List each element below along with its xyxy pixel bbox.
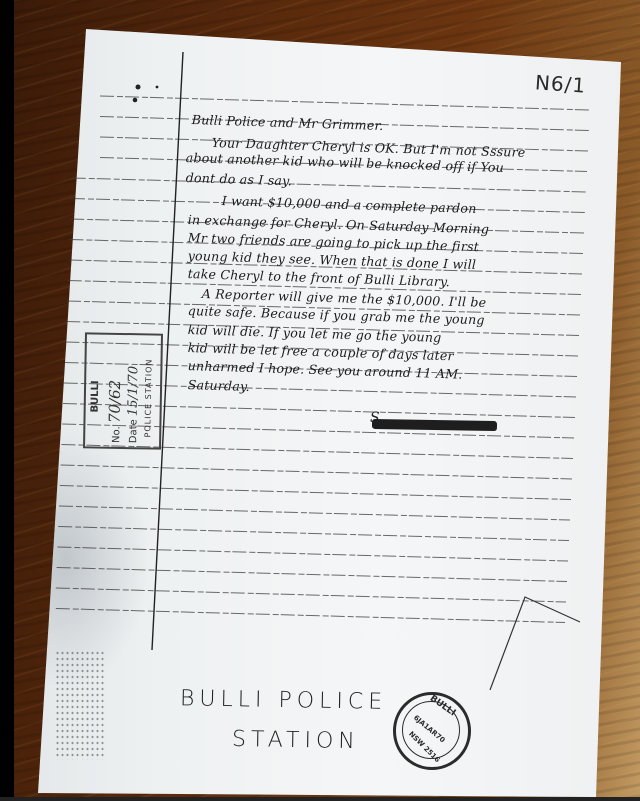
round-postmark-stamp: BULLI 6JA1AR70 NSW 2516 bbox=[393, 692, 471, 770]
reference-number: N6/1 bbox=[534, 70, 587, 98]
footer-line-2: STATION bbox=[232, 727, 360, 754]
top-left-marks bbox=[133, 85, 159, 103]
stamp-date: Date 15/1/70 bbox=[125, 366, 141, 443]
redacted-signature bbox=[372, 419, 497, 431]
letter-line: Saturday. bbox=[188, 377, 251, 394]
footer-line-1: BULLI POLICE bbox=[180, 686, 387, 715]
photocopy-speckle bbox=[55, 650, 105, 760]
stamp-number: No. 70/62 bbox=[105, 380, 124, 443]
stamp-title: BULLI bbox=[90, 380, 102, 412]
margin-stamp: BULLI No. 70/62 Date 15/1/70 POLICE STAT… bbox=[83, 332, 163, 449]
corner-fold-line bbox=[490, 597, 580, 690]
stamp-footer: POLICE STATION bbox=[143, 359, 153, 438]
